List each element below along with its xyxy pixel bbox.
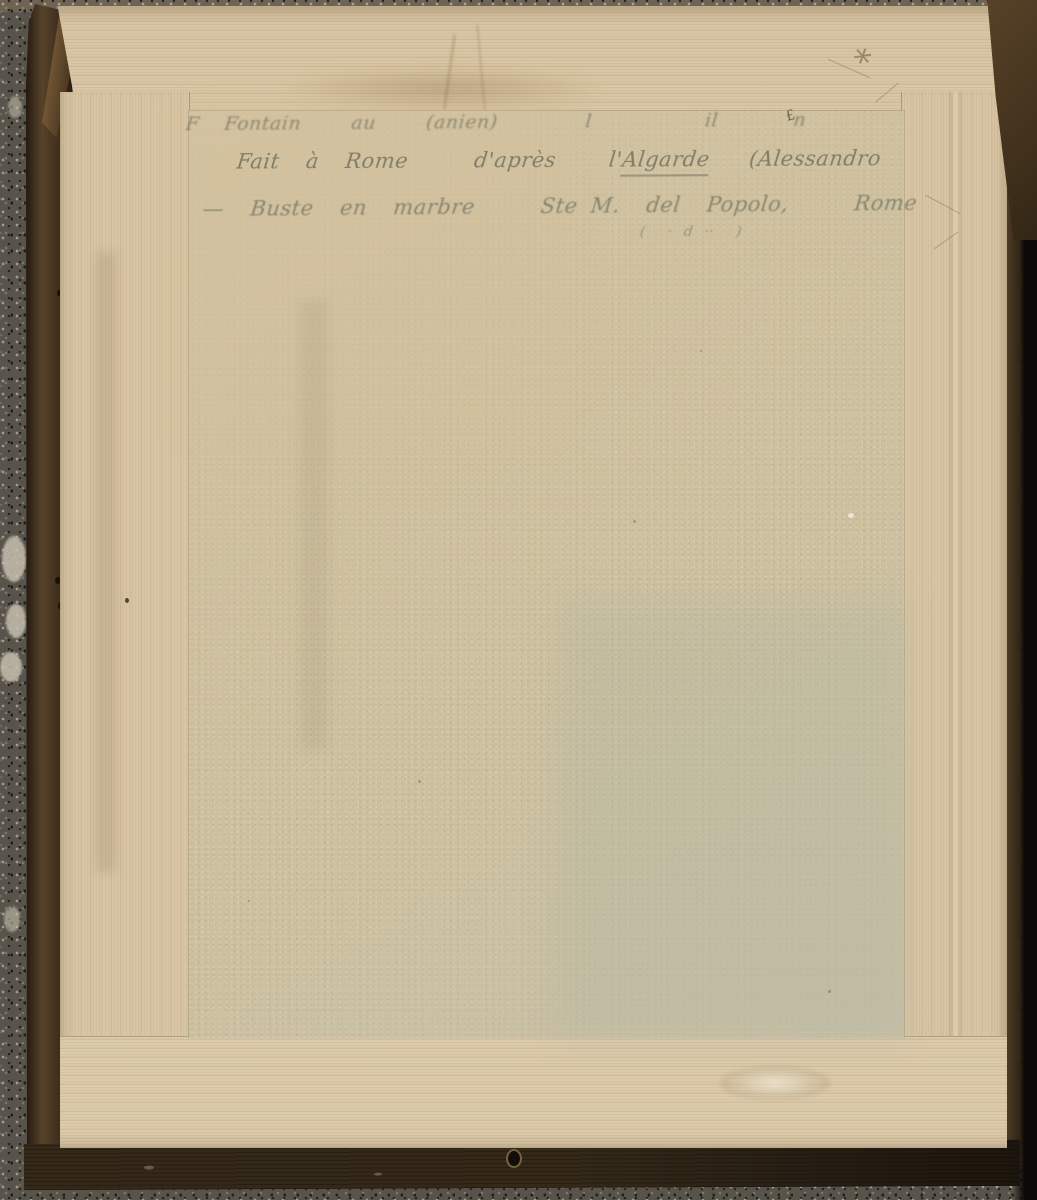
tape-wrinkle xyxy=(720,1066,830,1100)
nail-hole xyxy=(506,1149,522,1168)
inscription-line2: Fait à Rome d'après l'Algarde (Alessandr… xyxy=(235,146,882,173)
inscription-line2-suffix: (Alessandro xyxy=(708,146,882,171)
stone-chip xyxy=(2,536,26,582)
tape-stain xyxy=(96,252,116,872)
tape-fold-ridge xyxy=(949,92,961,1106)
stone-chip xyxy=(0,652,22,682)
kraft-tape-left xyxy=(60,92,190,1106)
tape-stain xyxy=(278,66,608,112)
speck xyxy=(828,990,831,993)
speck xyxy=(418,780,421,783)
scuff-mark xyxy=(374,1173,382,1176)
scuff-mark xyxy=(144,1166,154,1170)
pinhole xyxy=(125,598,129,603)
kraft-tape-right xyxy=(901,92,1007,1106)
speck xyxy=(248,900,250,902)
inscription-line2-prefix: Fait à Rome d'après l' xyxy=(235,148,623,174)
kraft-tape-bottom xyxy=(60,1036,1007,1148)
stone-chip xyxy=(4,906,20,932)
board-tint xyxy=(558,600,905,1038)
speck xyxy=(633,520,636,523)
inscription-underlined-name: Algarde xyxy=(620,147,711,176)
inscription-line1-faint: F Fontain au (anien) l il n xyxy=(185,109,808,135)
backing-board xyxy=(188,110,905,1038)
inscription-line4-faint: ( · d ·· ) xyxy=(639,224,743,240)
speck xyxy=(700,350,702,352)
board-stain xyxy=(300,300,328,750)
stone-chip xyxy=(8,96,22,118)
stone-chip xyxy=(6,604,26,638)
paper-speck xyxy=(848,513,854,518)
photo-frame-back: F Fontain au (anien) l il n £ Fait à Rom… xyxy=(0,0,1037,1200)
